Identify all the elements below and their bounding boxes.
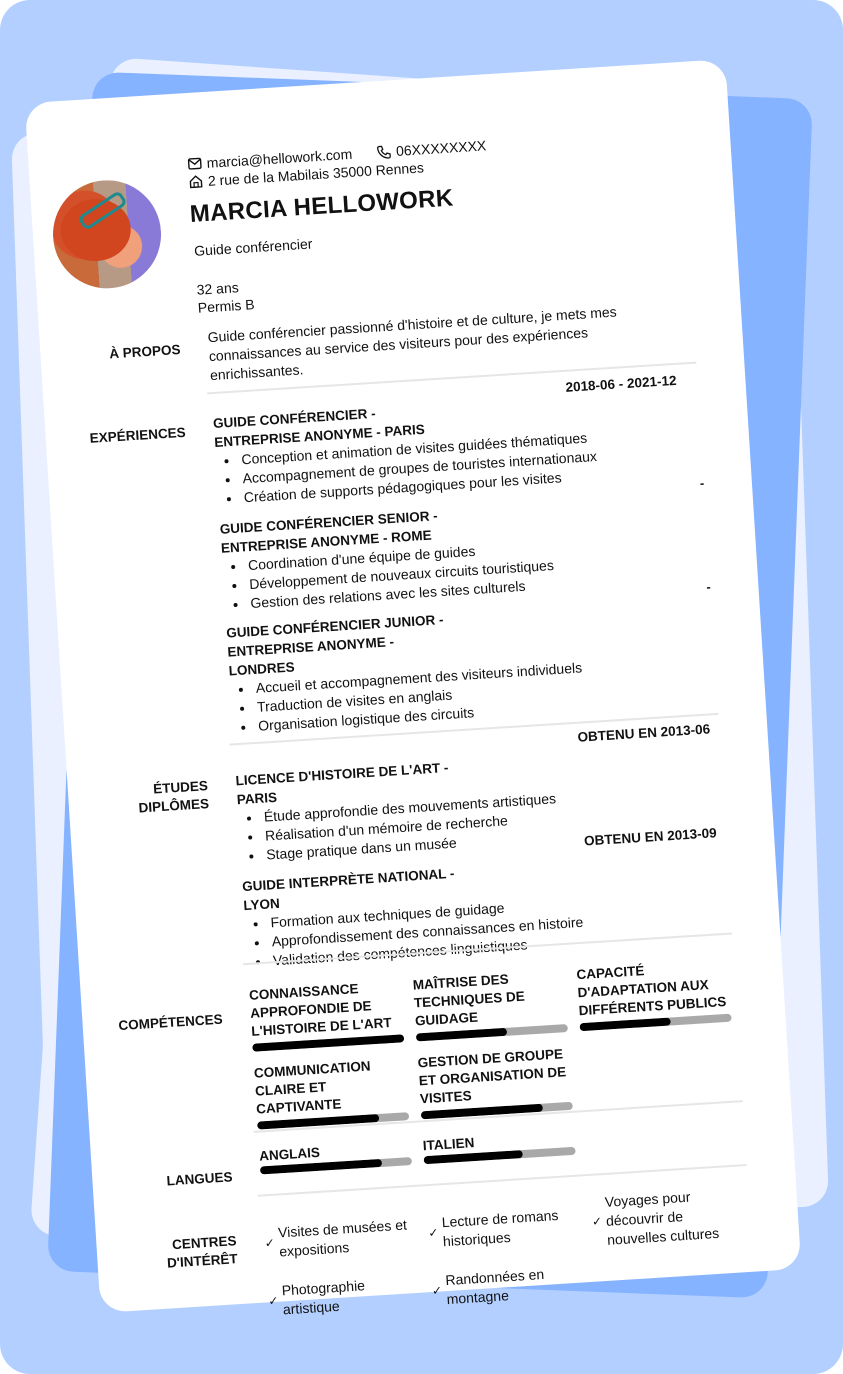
interest-item: ✓ Visites de musées et expositions xyxy=(264,1214,426,1262)
home-icon xyxy=(187,173,204,190)
candidate-name: MARCIA HELLOWORK xyxy=(189,185,454,230)
section-label-languages: LANGUES xyxy=(112,1168,233,1193)
section-label-about: À PROPOS xyxy=(60,341,181,366)
skill-item: GESTION DE GROUPE ET ORGANISATION DE VIS… xyxy=(417,1045,573,1119)
phone-icon xyxy=(376,143,393,160)
language-item: ITALIEN xyxy=(422,1129,575,1164)
interest-item: ✓ Voyages pour découvrir de nouvelles cu… xyxy=(590,1185,733,1251)
skill-item: COMMUNICATION CLAIRE ET CAPTIVANTE xyxy=(253,1055,409,1129)
check-icon: ✓ xyxy=(591,1212,602,1232)
contact-info: marcia@hellowork.com 06XXXXXXXX 2 rue de… xyxy=(186,136,488,191)
section-label-education: ÉTUDES DIPLÔMES xyxy=(88,777,210,820)
interest-item: ✓ Randonnées en montagne xyxy=(431,1263,573,1310)
about-text: Guide conférencier passionné d'histoire … xyxy=(207,299,680,385)
check-icon: ✓ xyxy=(431,1281,442,1301)
resume-card: marcia@hellowork.com 06XXXXXXXX 2 rue de… xyxy=(25,59,802,1313)
interest-item: ✓ Photographie artistique xyxy=(267,1274,409,1321)
skill-item: CAPACITÉ D'ADAPTATION AUX DIFFÉRENTS PUB… xyxy=(576,957,732,1031)
page-background: marcia@hellowork.com 06XXXXXXXX 2 rue de… xyxy=(0,0,843,1374)
check-icon: ✓ xyxy=(264,1233,275,1253)
education-item: GUIDE INTERPRÈTE NATIONAL - LYON Formati… xyxy=(242,848,707,972)
envelope-icon xyxy=(186,155,203,172)
job-title: Guide conférencier xyxy=(194,235,313,258)
experience-item: GUIDE CONFÉRENCIER - ENTREPRISE ANONYME … xyxy=(213,385,678,509)
skill-item: MAÎTRISE DES TECHNIQUES DE GUIDAGE xyxy=(412,967,568,1041)
experience-item: GUIDE CONFÉRENCIER SENIOR - ENTREPRISE A… xyxy=(219,491,684,615)
education-date: OBTENU EN 2013-06 xyxy=(577,721,710,744)
education-item: LICENCE D'HISTOIRE DE L'ART - PARIS Étud… xyxy=(235,742,700,866)
language-item: ANGLAIS xyxy=(259,1139,412,1174)
interest-item: ✓ Lecture de romans historiques xyxy=(427,1205,579,1252)
check-icon: ✓ xyxy=(268,1291,279,1311)
experience-dates: - xyxy=(699,475,704,490)
experience-item: GUIDE CONFÉRENCIER JUNIOR - ENTREPRISE A… xyxy=(226,595,692,738)
section-label-experiences: EXPÉRIENCES xyxy=(65,424,186,449)
skill-item: CONNAISSANCE APPROFONDIE DE L'HISTOIRE D… xyxy=(249,977,405,1051)
personal-meta: 32 ans Permis B xyxy=(196,277,255,316)
check-icon: ✓ xyxy=(428,1223,439,1243)
driving-license: Permis B xyxy=(197,295,255,317)
avatar xyxy=(50,177,165,292)
section-label-skills: COMPÉTENCES xyxy=(102,1011,223,1036)
section-label-interests: CENTRES D'INTÉRÊT xyxy=(116,1232,238,1275)
experience-dates: - xyxy=(706,579,711,594)
